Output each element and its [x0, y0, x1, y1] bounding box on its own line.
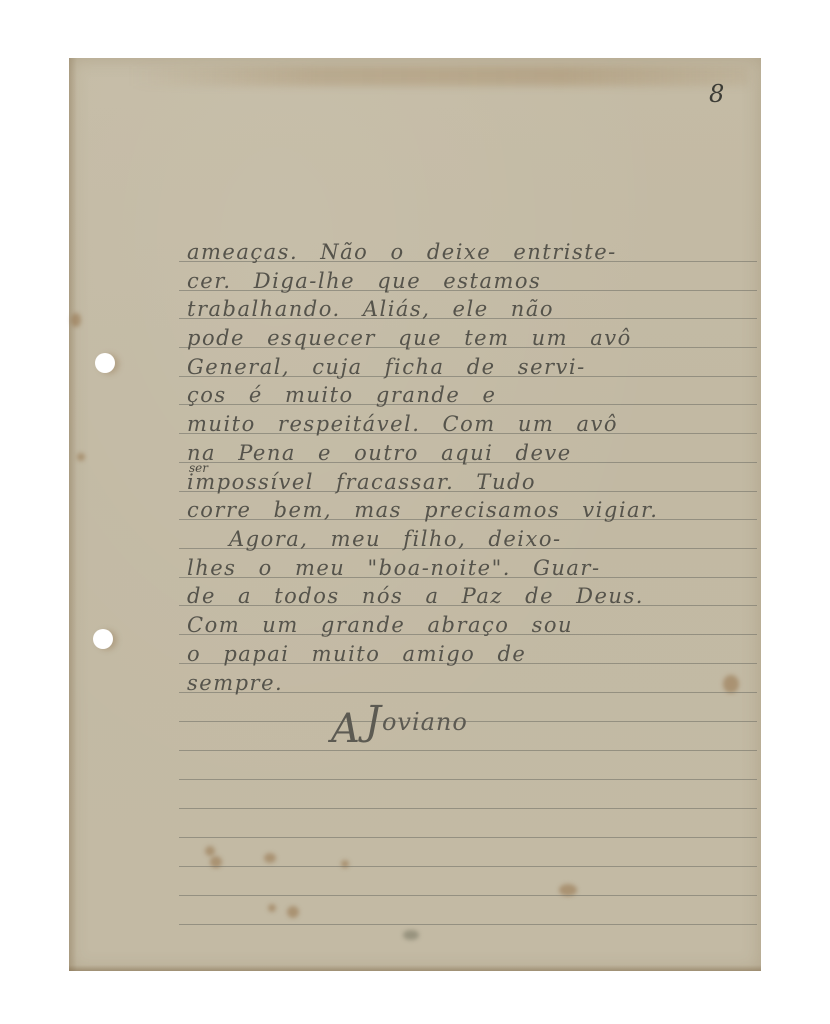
stain	[264, 853, 276, 863]
signature-name: oviano	[382, 708, 468, 736]
letter-line: General, cuja ficha de servi-	[187, 357, 757, 378]
letter-line: muito respeitável. Com um avô	[187, 414, 757, 435]
stain	[77, 453, 85, 461]
signature: AJoviano	[331, 698, 468, 752]
letter-line: Com um grande abraço sou	[187, 615, 757, 636]
signature-name-initial: J	[365, 698, 382, 744]
page-number: 8	[709, 80, 724, 108]
letter-line: sempre.	[187, 673, 757, 694]
letter-line: corre bem, mas precisamos vigiar.	[187, 500, 757, 521]
letter-line: cer. Diga-lhe que estamos	[187, 271, 757, 292]
letter-line: na Pena e outro aqui deve	[187, 443, 757, 464]
ruled-line	[179, 808, 757, 809]
letter-line: pode esquecer que tem um avô	[187, 328, 757, 349]
ruled-line	[179, 721, 757, 722]
stain	[287, 906, 299, 918]
letter-line: impossível fracassar. Tudo	[187, 472, 757, 493]
ruled-line	[179, 895, 757, 896]
ruled-line	[179, 750, 757, 751]
stain	[205, 846, 215, 856]
signature-initial: A	[331, 706, 361, 752]
stain	[71, 313, 81, 327]
stain	[268, 904, 276, 912]
letter-line: lhes o meu "boa-noite". Guar-	[187, 558, 757, 579]
ruled-line	[179, 837, 757, 838]
letter-line: o papai muito amigo de	[187, 644, 757, 665]
ruled-line	[179, 924, 757, 925]
ruled-line	[179, 866, 757, 867]
bottom-edge-shading	[69, 965, 761, 971]
letter-page: 8 ameaças. Não o deixe entriste- cer. Di…	[69, 58, 761, 971]
punch-hole-bottom	[93, 629, 113, 649]
letter-line: ços é muito grande e	[187, 385, 757, 406]
letter-line: Agora, meu filho, deixo-	[229, 529, 799, 550]
top-edge-stain	[129, 66, 749, 86]
left-edge-shading	[69, 58, 77, 971]
letter-line: ameaças. Não o deixe entriste-	[187, 242, 757, 263]
punch-hole-top	[95, 353, 115, 373]
letter-line: de a todos nós a Paz de Deus.	[187, 586, 757, 607]
stain	[403, 930, 419, 940]
letter-line: trabalhando. Aliás, ele não	[187, 299, 757, 320]
ruled-line	[179, 779, 757, 780]
